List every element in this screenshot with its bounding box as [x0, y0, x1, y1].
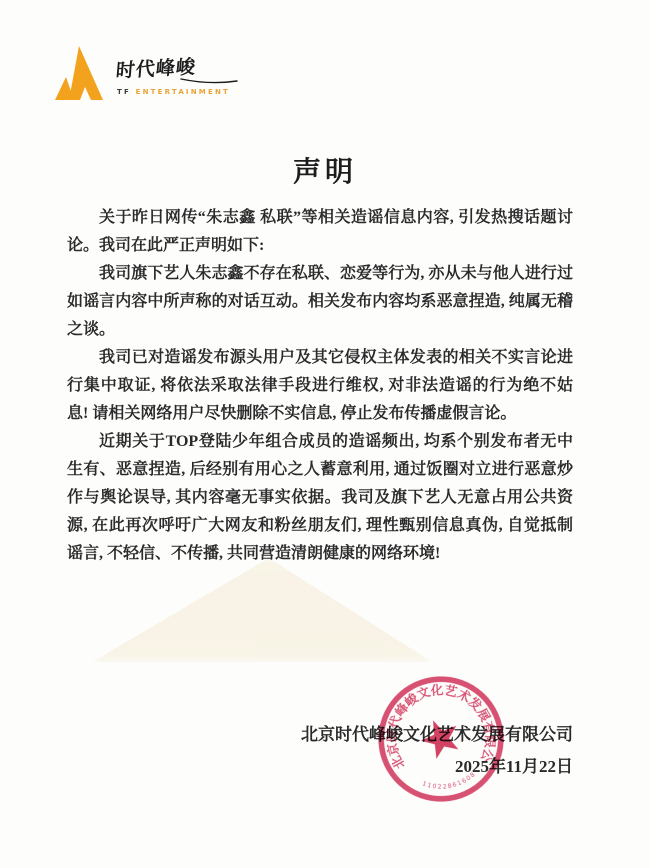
- body-line: 生有、恶意捏造, 后经别有用心之人蓄意利用, 通过饭圈对立进行恶意炒: [67, 456, 573, 484]
- body-line: 近期关于TOP登陆少年组合成员的造谣频出, 均系个别发布者无中: [67, 428, 573, 456]
- logo-subtitle: TF ENTERTAINMENT: [117, 88, 230, 96]
- body-line: 我司旗下艺人朱志鑫不存在私联、恋爱等行为, 亦从未与他人进行过: [67, 260, 573, 288]
- body-line: 息! 请相关网络用户尽快删除不实信息, 停止发布传播虚假言论。: [67, 400, 573, 428]
- statement-body: 关于昨日网传“朱志鑫 私联”等相关造谣信息内容, 引发热搜话题讨 论。我司在此严…: [67, 204, 573, 568]
- statement-title: 声明: [0, 150, 650, 190]
- statement-document: 时代峰峻 TF ENTERTAINMENT 声明 关于昨日网传“朱志鑫 私联”等…: [0, 0, 650, 868]
- company-seal-stamp-icon: 北京时代峰峻文化艺术发展有限公司 110228616080: [361, 659, 521, 819]
- body-line: 关于昨日网传“朱志鑫 私联”等相关造谣信息内容, 引发热搜话题讨: [67, 204, 573, 232]
- body-line: 论。我司在此严正声明如下:: [67, 232, 573, 260]
- body-line: 之谈。: [67, 316, 573, 344]
- logo-calligraphy-stroke-icon: [180, 78, 238, 84]
- body-line: 源, 在此再次呼吁广大网友和粉丝朋友们, 理性甄别信息真伪, 自觉抵制: [67, 512, 573, 540]
- logo-subtitle-entertainment: ENTERTAINMENT: [136, 88, 230, 96]
- body-line: 行集中取证, 将依法采取法律手段进行维权, 对非法造谣的行为绝不姑: [67, 372, 573, 400]
- body-line: 我司已对造谣发布源头用户及其它侵权主体发表的相关不实言论进: [67, 344, 573, 372]
- company-logo: 时代峰峻 TF ENTERTAINMENT: [50, 44, 280, 104]
- seal-star-icon: [415, 713, 465, 762]
- body-line: 谣言, 不轻信、不传播, 共同营造清朗健康的网络环境!: [67, 540, 573, 568]
- body-line: 如谣言内容中所声称的对话互动。相关发布内容均系恶意捏造, 纯属无稽: [67, 288, 573, 316]
- paper-watermark: [92, 558, 432, 662]
- tf-mountain-logo-icon: [50, 44, 106, 102]
- body-line: 作与舆论误导, 其内容毫无事实依据。我司及旗下艺人无意占用公共资: [67, 484, 573, 512]
- logo-subtitle-tf: TF: [117, 88, 131, 96]
